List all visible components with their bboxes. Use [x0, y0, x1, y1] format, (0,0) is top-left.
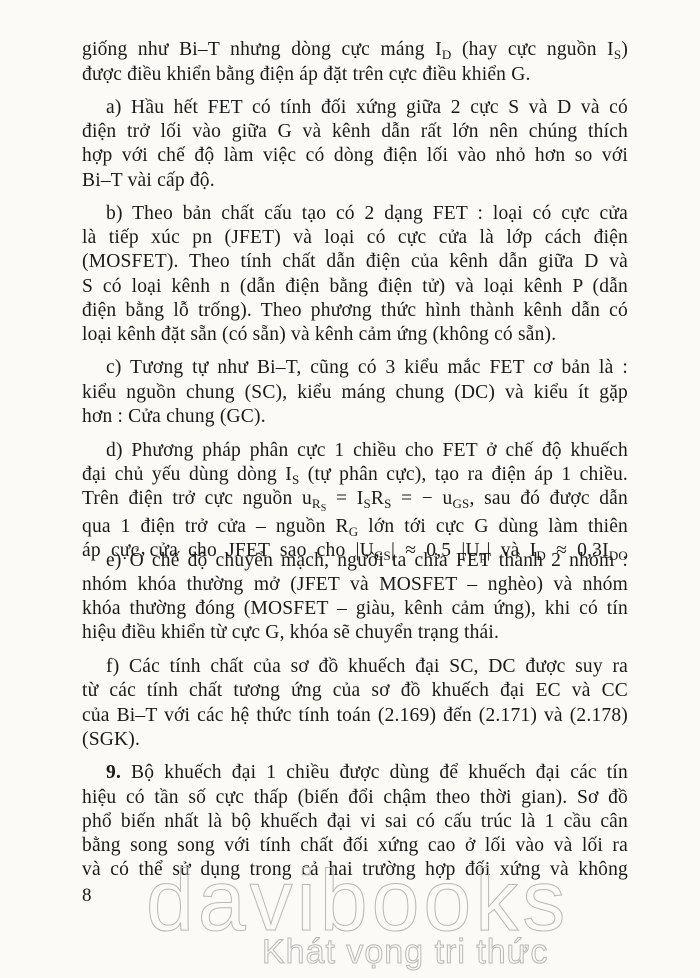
para-d-line: d) Phương pháp phân cực 1 chiều cho FET …	[106, 439, 628, 463]
para-e-line: e) Ở chế độ chuyển mạch, người ta chia F…	[106, 549, 628, 573]
para-a-line: a) Hầu hết FET có tính đối xứng giữa 2 c…	[106, 96, 628, 120]
para-b-line: (MOSFET). Theo tính chất dẫn điện của kê…	[82, 250, 628, 274]
para-9-line: hiệu có tần số cực thấp (biến đổi chậm t…	[82, 786, 628, 810]
section-number: 9.	[106, 762, 121, 783]
para-b-line: S có loại kênh n (dẫn điện bằng điện tử)…	[82, 275, 628, 299]
para-f-line: f) Các tính chất của sơ đồ khuếch đại SC…	[106, 655, 628, 679]
intro-line-2: được điều khiển bằng điện áp đặt trên cự…	[82, 63, 628, 87]
watermark-slogan: Khát vọng tri thức	[262, 935, 548, 969]
para-a-line: Bi–T vài cấp độ.	[82, 169, 628, 193]
para-e-line: khóa thường đóng (MOSFET – giàu, kênh cả…	[82, 597, 628, 621]
watermark-brand: davibooks	[146, 858, 569, 944]
para-b-line: là tiếp xúc pn (JFET) và loại có cực cửa…	[82, 226, 628, 250]
para-c-line: kiểu nguồn chung (SC), kiểu máng chung (…	[82, 381, 628, 405]
para-9-line: phổ biến nhất là bộ khuếch đại vi sai có…	[82, 810, 628, 834]
para-b-line: loại kênh đặt sẵn (có sẵn) và kênh cảm ứ…	[82, 323, 628, 347]
para-f-line: của Bi–T với các hệ thức tính toán (2.16…	[82, 704, 628, 728]
book-page: giống như Bi–T nhưng dòng cực máng ID (h…	[0, 0, 700, 978]
para-b-line: b) Theo bản chất cấu tạo có 2 dạng FET :…	[106, 202, 628, 226]
para-f-line: (SGK).	[82, 728, 628, 752]
para-d-line: đại chủ yếu dùng dòng IS (tự phân cực), …	[82, 463, 628, 487]
para-d-line: Trên điện trở cực nguồn uRS = ISRS = − u…	[82, 487, 628, 511]
para-a-line: điện trở lối vào giữa G và kênh dẫn rất …	[82, 120, 628, 144]
para-d-line: qua 1 điện trở cửa – nguồn RG lớn tới cự…	[82, 515, 628, 539]
para-f-line: từ các tính chất tương ứng của sơ đồ khu…	[82, 679, 628, 703]
para-e-line: hiệu điều khiển từ cực G, khóa sẽ chuyển…	[82, 621, 628, 645]
page-number: 8	[82, 885, 92, 907]
para-9-line: 9. Bộ khuếch đại 1 chiều được dùng để kh…	[106, 761, 628, 785]
para-c-line: c) Tương tự như Bi–T, cũng có 3 kiểu mắc…	[106, 356, 628, 380]
para-c-line: hơn : Cửa chung (GC).	[82, 405, 628, 429]
para-b-line: điện bằng lỗ trống). Theo phương thức hì…	[82, 299, 628, 323]
para-a-line: hợp với chế độ làm việc có dòng điện lối…	[82, 144, 628, 168]
para-e-line: nhóm khóa thường mở (JFET và MOSFET – ng…	[82, 573, 628, 597]
intro-line-1: giống như Bi–T nhưng dòng cực máng ID (h…	[82, 38, 628, 62]
